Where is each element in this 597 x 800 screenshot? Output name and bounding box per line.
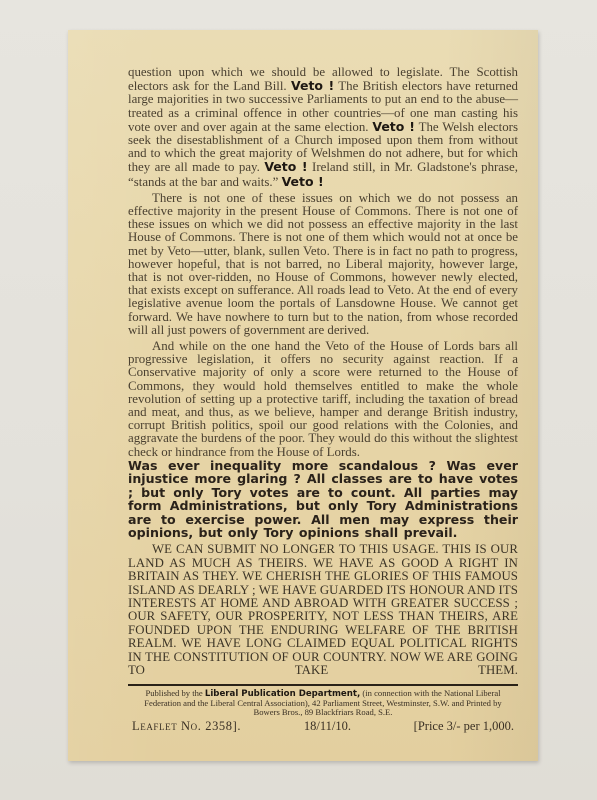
text-column: question upon which we should be allowed…: [128, 66, 518, 734]
leaflet-number: Leaflet No. 2358].: [132, 719, 241, 734]
paragraph-issues: There is not one of these issues on whic…: [128, 192, 518, 337]
leaflet-page: question upon which we should be allowed…: [68, 30, 538, 761]
leaflet-price: [Price 3/- per 1,000.: [414, 719, 514, 734]
imprint-prefix: Published by the: [145, 688, 204, 698]
veto-exclamation: Veto !: [372, 119, 415, 134]
veto-exclamation: Veto !: [264, 159, 307, 174]
veto-exclamation: Veto !: [282, 174, 324, 189]
publisher-imprint: Published by the Liberal Publication Dep…: [132, 689, 514, 717]
veto-exclamation: Veto !: [291, 78, 334, 93]
capitals-manifesto: WE CAN SUBMIT NO LONGER TO THIS USAGE. T…: [128, 543, 518, 677]
paragraph-reaction: And while on the one hand the Veto of th…: [128, 340, 518, 459]
paragraph-veto-list: question upon which we should be allowed…: [128, 66, 518, 189]
leaflet-date: 18/11/10.: [304, 719, 351, 734]
divider-rule: [128, 684, 518, 686]
footer-line: Leaflet No. 2358]. 18/11/10. [Price 3/- …: [128, 719, 518, 734]
bold-declaration: Was ever inequality more scandalous ? Wa…: [128, 459, 518, 539]
